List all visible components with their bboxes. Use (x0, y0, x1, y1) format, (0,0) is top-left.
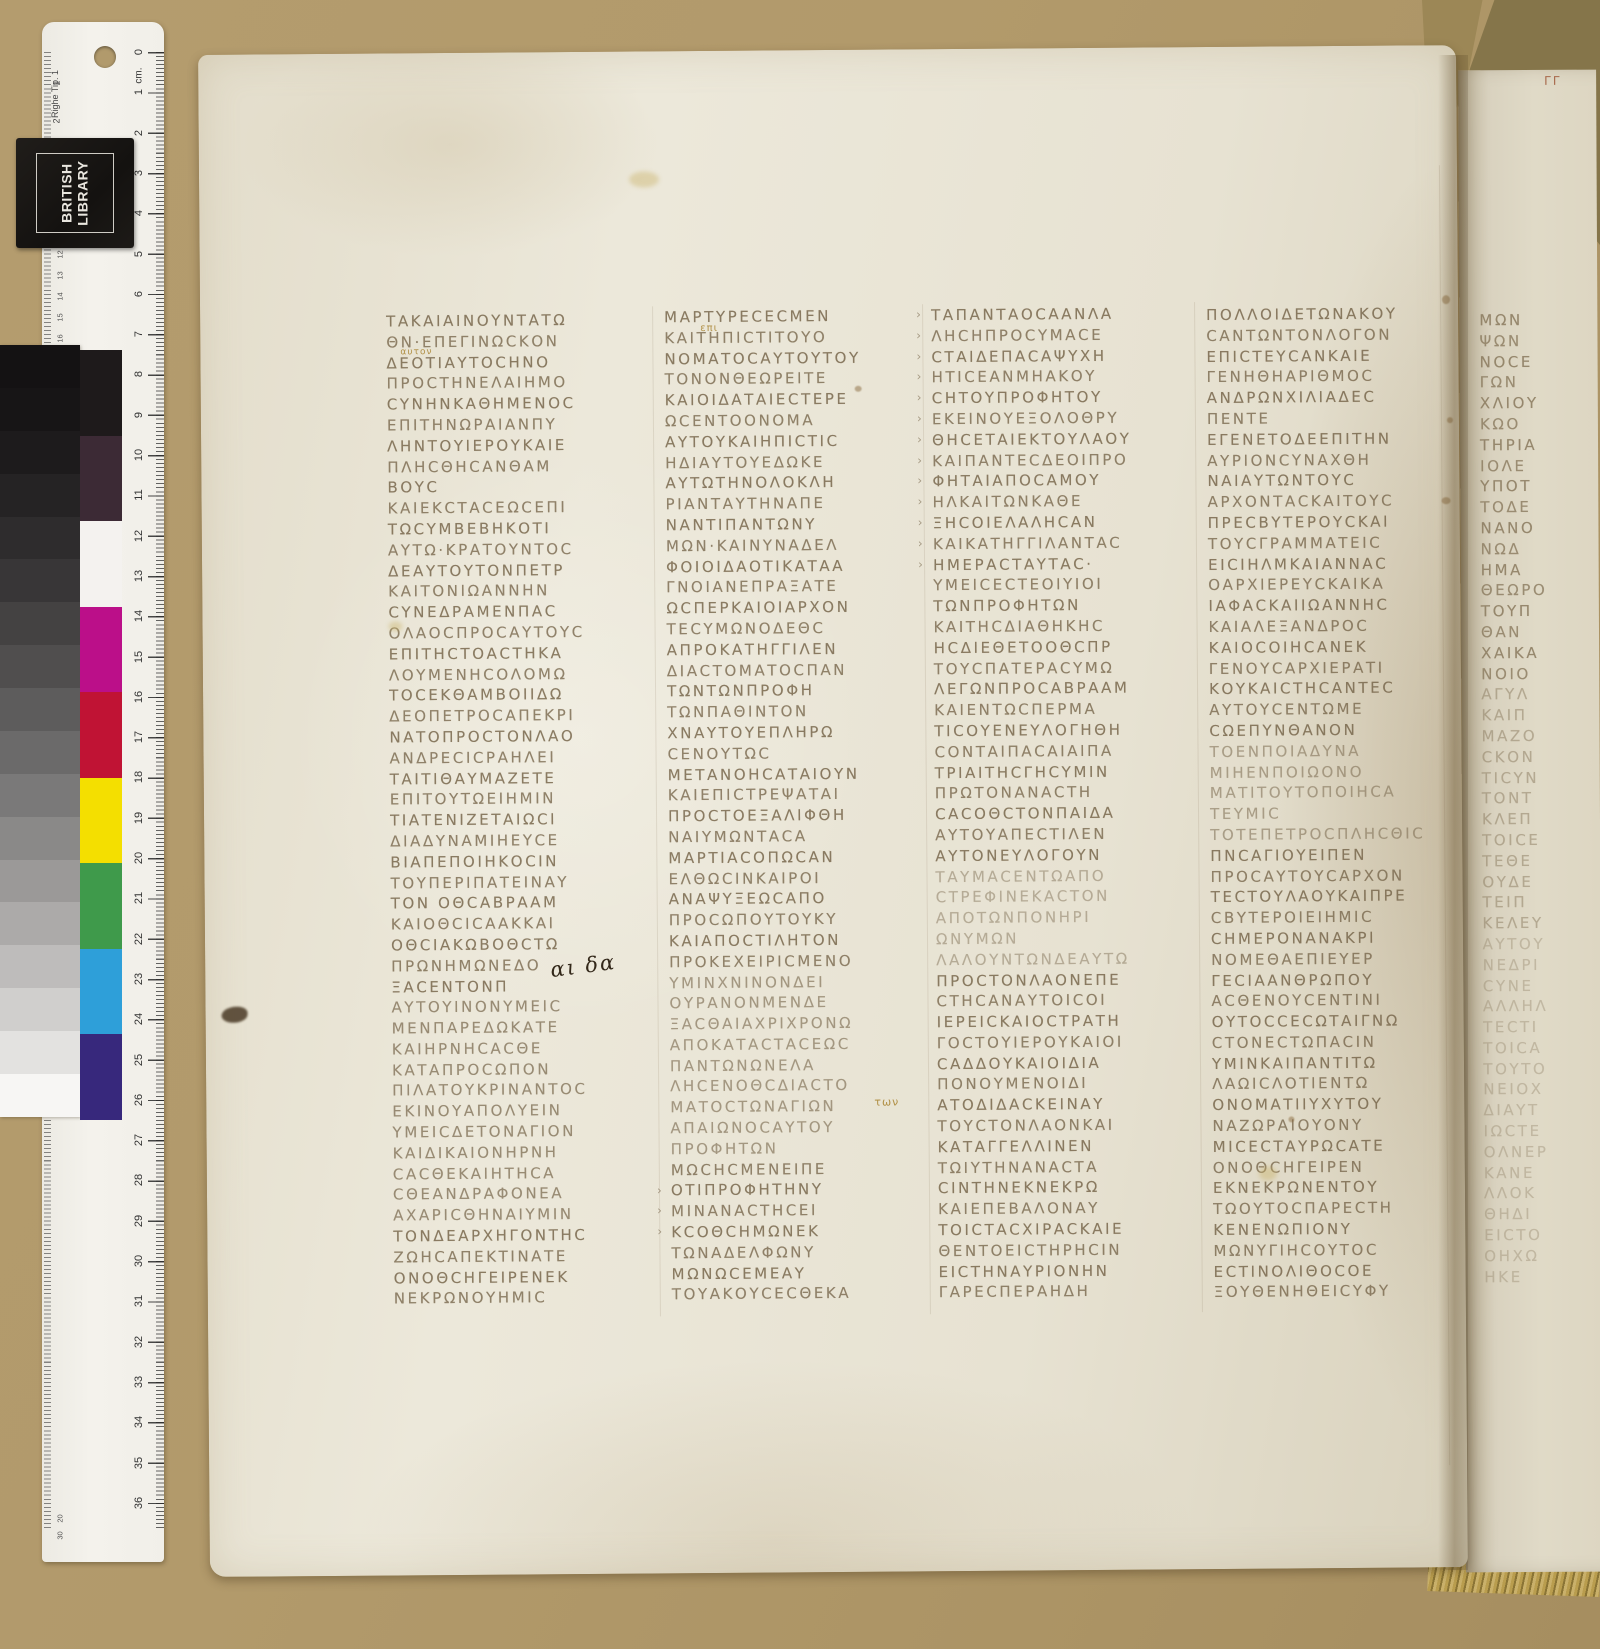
manuscript-text-line: ΗΜΕΡΑϹΤΑΥΤΑϹ· (933, 553, 1133, 575)
manuscript-text-line: ϹΘΕΑΝΔΡΑΦΟΝΕΑ (393, 1183, 589, 1205)
manuscript-text-line: ΠΡΟϹΤΗΝΕΛΑΙΗΜΟ (387, 372, 583, 394)
manuscript-text-line: ΤΑΠΑΝΤΑΟϹΑΑΝΛΑ (931, 304, 1131, 326)
manuscript-text-line: ΗΛΚΑΙΤΩΝΚΑΘΕ (933, 491, 1133, 513)
manuscript-text-line: ϹΤΑΙΔΕΠΑϹΑΨΥΧΗ (931, 345, 1131, 367)
manuscript-text-line: ΝΑΝΤΙΠΑΝΤΩΝΥ (666, 514, 863, 536)
color-calibration-patch (80, 949, 122, 1035)
manuscript-text-line: ΔΙΑΥΤ (1483, 1100, 1550, 1121)
manuscript-text-line: ΝΕΚΡΩΝΟΥΗΜΙϹ (394, 1287, 590, 1309)
grayscale-step (0, 1031, 80, 1074)
manuscript-text-line: ΗΚΕ (1484, 1267, 1551, 1288)
grayscale-step (0, 945, 80, 988)
manuscript-text-line: ΟΥΤΟϹϹΕϹΩΤΑΙΓΝΩ (1212, 1010, 1427, 1032)
manuscript-text-line: ΚϹΟΘϹΗΜΩΝΕΚ (671, 1221, 868, 1243)
manuscript-text-line: ΠΟΛΛΟΙΔΕΤΩΝΑΚΟΥ (1206, 303, 1421, 325)
manuscript-text-line: ϹΙΝΤΗΝΕΚΝΕΚΡΩ (938, 1177, 1138, 1199)
manuscript-text-line: ΑΠΟΤΩΝΠΟΝΗΡΙ (936, 907, 1136, 929)
manuscript-text-line: ϹΩΕΠΥΝΘΑΝΟΝ (1209, 719, 1424, 741)
manuscript-text-line: ΑΥΤΟΥΚΑΙΗΠΙϹΤΙϹ (665, 431, 862, 453)
ruler-side-number: 12 (56, 250, 65, 258)
manuscript-text-line: ΘΕΝΤΟΕΙϹΤΗΡΗϹΙΝ (938, 1239, 1138, 1261)
color-calibration-patch (80, 436, 122, 522)
diple-quotation-mark: › (916, 307, 921, 321)
manuscript-text-line: ΤΑΥΜΑϹΕΝΤΩΑΠΟ (935, 865, 1135, 887)
column-rule-line (1194, 302, 1203, 1312)
manuscript-text-line: ΝΕΙΟΧ (1483, 1079, 1550, 1100)
library-label-line2: LIBRARY (75, 160, 91, 225)
column-rule-line (652, 306, 661, 1316)
manuscript-text-line: ΛΗϹΗΠΡΟϹΥΜΑϹΕ (931, 324, 1131, 346)
grayscale-step (0, 731, 80, 774)
manuscript-text-line: ΓΑΡΕϹΠΕΡΑΗΔΗ (939, 1281, 1139, 1303)
ruler-cm-number: 13 (133, 565, 145, 587)
manuscript-text-line: ΓΝΟΙΑΝΕΠΡΑΞΑΤΕ (666, 576, 863, 598)
manuscript-text-line: ΜΕΝΠΑΡΕΔΩΚΑΤΕ (392, 1017, 588, 1039)
diple-quotation-mark: › (916, 328, 921, 342)
manuscript-text-line: ΦΗΤΑΙΑΠΟϹΑΜΟΥ (932, 470, 1132, 492)
manuscript-text-line: ΚΟΥΚΑΙϹΤΗϹΑΝΤΕϹ (1209, 678, 1424, 700)
manuscript-text-line: ΟΛΑΟϹΠΡΟϹΑΥΤΟΥϹ (389, 622, 585, 644)
manuscript-text-line: ΕΠΙΤΟΥΤΩΕΙΗΜΙΝ (390, 788, 586, 810)
manuscript-text-line: ΧΛΙΟΥ (1480, 393, 1547, 414)
manuscript-text-line: ΚΑΤΑΓΓΕΛΛΙΝΕΝ (938, 1135, 1138, 1157)
manuscript-text-line: ΜΩΝΥΓΙΗϹΟΥΤΟϹ (1213, 1239, 1428, 1261)
manuscript-text-line: ΛΗϹΕΝΟΘϹΔΙΑϹΤΟ (670, 1075, 867, 1097)
diple-quotation-mark: › (657, 1204, 662, 1218)
text-column-3: ΤΑΠΑΝΤΑΟϹΑΑΝΛΑΛΗϹΗΠΡΟϹΥΜΑϹΕϹΤΑΙΔΕΠΑϹΑΨΥΧ… (931, 304, 1138, 1304)
manuscript-text-line: ΑΥΤΟΝΕΥΛΟΓΟΥΝ (935, 844, 1135, 866)
manuscript-text-line: ΞΟΥΘΕΝΗΘΕΙϹΥΦΥ (1214, 1281, 1429, 1303)
manuscript-text-line: ΚΑΙΠ (1481, 705, 1548, 726)
manuscript-text-line: ΑΡΧΟΝΤΑϹΚΑΙΤΟΥϹ (1208, 491, 1423, 513)
manuscript-text-line: ΒΙΑΠΕΠΟΙΗΚΟϹΙΝ (390, 851, 586, 873)
text-column-4: ΠΟΛΛΟΙΔΕΤΩΝΑΚΟΥϹΑΝΤΩΝΤΟΝΛΟΓΟΝΕΠΙϹΤΕΥϹΑΝΚ… (1206, 303, 1429, 1303)
manuscript-text-line: ΜΩϹΗϹΜΕΝΕΙΠΕ (671, 1158, 868, 1180)
column-rule-line (922, 304, 931, 1314)
manuscript-text-line: ΤΩΙΥΤΗΝΑΝΑϹΤΑ (938, 1156, 1138, 1178)
manuscript-text-line: ΩϹΕΝΤΟΟΝΟΜΑ (665, 410, 862, 432)
manuscript-text-line: ΚΕΝΕΝΩΠΙΟΝΥ (1213, 1218, 1428, 1240)
manuscript-text-line: ΑΤΟΔΙΔΑϹΚΕΙΝΑΥ (937, 1094, 1137, 1116)
manuscript-text-line: ΥΜΕΙϹΔΕΤΟΝΑΓΙΟΝ (392, 1121, 588, 1143)
ruler-cm-number: 32 (133, 1331, 145, 1353)
manuscript-text-line: ΒΟΥϹ (387, 476, 583, 498)
ruler-hanging-hole (94, 46, 116, 68)
grayscale-step (0, 774, 80, 817)
manuscript-text-line: ΟΝΟΘϹΗΓΕΙΡΕΝΕΚ (394, 1267, 590, 1289)
manuscript-text-line: ΠΕΝΤΕ (1207, 407, 1422, 429)
manuscript-text-line: ΜΩΝ·ΚΑΙΝΥΝΑΔΕΛ (666, 535, 863, 557)
manuscript-text-line: ΑΥΤΟΥ (1483, 934, 1550, 955)
manuscript-text-line: ΘΗϹΕΤΑΙΕΚΤΟΥΛΑΟΥ (932, 428, 1132, 450)
color-calibration-patch (80, 350, 122, 436)
manuscript-text-line: ΓΩΝ (1480, 372, 1547, 393)
ruler-cm-number: 15 (133, 646, 145, 668)
manuscript-text-line: ΙΕΡΕΙϹΚΑΙΟϹΤΡΑΤΗ (937, 1011, 1137, 1033)
ruler-cm-number: 4 (133, 202, 145, 224)
manuscript-text-line: ϹΥΝΕ (1483, 975, 1550, 996)
manuscript-text-line: ΠΑΝΤΩΝΩΝΕΛΑ (670, 1054, 867, 1076)
manuscript-text-line: ΝΟΜΑΤΟϹΑΥΤΟΥΤΟΥ (664, 347, 861, 369)
british-library-label-frame: BRITISH LIBRARY (36, 153, 114, 233)
diple-quotation-mark: › (657, 1225, 662, 1239)
manuscript-text-line: ΟΘϹΙΑΚΩΒΟΘϹΤΩ (391, 934, 587, 956)
ruler-cm-number: 14 (133, 605, 145, 627)
manuscript-text-line: ΕΙϹΤΗΝΑΥΡΙΟΝΗΝ (939, 1260, 1139, 1282)
manuscript-text-line: ΝΩΔ (1481, 539, 1548, 560)
grayscale-step (0, 988, 80, 1031)
manuscript-text-line: ΚΑΙΕΠΙϹΤΡΕΨΑΤΑΙ (668, 784, 865, 806)
manuscript-text-line: ΤΟΕΝΠΟΙΑΔΥΝΑ (1209, 740, 1424, 762)
manuscript-text-line: ΝΟΜΕΘΑΕΠΙΕΥΕΡ (1211, 948, 1426, 970)
interlinear-correction: αυτον (400, 347, 432, 357)
manuscript-text-line: ΚΑΙΕΚϹΤΑϹΕΩϹΕΠΙ (388, 497, 584, 519)
manuscript-text-line: ΕΠΙΤΗΝΩΡΑΙΑΝΠΥ (387, 414, 583, 436)
manuscript-text-line: ΠΡΟϹΤΟΝΛΑΟΝΕΠΕ (936, 969, 1136, 991)
ruler-cm-number: 35 (133, 1452, 145, 1474)
manuscript-text-line: ΚΑΙΟϹΟΙΗϹΑΝΕΚ (1209, 636, 1424, 658)
manuscript-text-line: ΤΕϹΤΙ (1483, 1017, 1550, 1038)
manuscript-text-line: ΕΠΙΤΗϹΤΟΑϹΤΗΚΑ (389, 643, 585, 665)
manuscript-text-line: ΤΟΝΤ (1482, 788, 1549, 809)
grayscale-step (0, 645, 80, 688)
manuscript-text-line: ΜΑΤΟϹΤΩΝΑΓΙΩΝ (670, 1096, 867, 1118)
ruler-cm-number: 12 (133, 525, 145, 547)
manuscript-text-line: ΝΑΤΟΠΡΟϹΤΟΝΛΑΟ (389, 726, 585, 748)
manuscript-text-line: ΤΙϹΟΥΕΝΕΥΛΟΓΗΘΗ (934, 720, 1134, 742)
manuscript-text-line: ϹΑϹΟΘϹΤΟΝΠΑΙΔΑ (935, 803, 1135, 825)
manuscript-text-line: ϹΤΡΕΦΙΝΕΚΑϹΤΟΝ (936, 886, 1136, 908)
ruler-cm-number: 30 (133, 1250, 145, 1272)
grayscale-step (0, 345, 80, 388)
ruler-side-number: 30 (56, 1531, 65, 1539)
manuscript-text-line: ΜΕΤΑΝΟΗϹΑΤΑΙΟΥΝ (668, 763, 865, 785)
ruler-cm-number: 1 (133, 81, 145, 103)
manuscript-text-line: ΠΡΩΤΟΝΑΝΑϹΤΗ (935, 782, 1135, 804)
diple-quotation-mark: › (917, 432, 922, 446)
ruler-cm-number: 0 (133, 41, 145, 63)
color-calibration-patch (80, 778, 122, 864)
manuscript-text-line: ΤΩΝΠΑΘΙΝΤΟΝ (667, 701, 864, 723)
manuscript-text-line: ΛΑΛΟΥΝΤΩΝΔΕΑΥΤΩ (936, 948, 1136, 970)
manuscript-text-line: ΠΙΛΑΤΟΥΚΡΙΝΑΝΤΟϹ (392, 1079, 588, 1101)
manuscript-text-line: ΓΕϹΙΑΑΝΘΡΩΠΟΥ (1211, 969, 1426, 991)
manuscript-text-line: ΔΙΑϹΤΟΜΑΤΟϹΠΑΝ (667, 659, 864, 681)
manuscript-text-line: ΗΔΙΑΥΤΟΥΕΔΩΚΕ (665, 451, 862, 473)
color-calibration-patch (80, 607, 122, 693)
manuscript-text-line: ΩϹΠΕΡΚΑΙΟΙΑΡΧΟΝ (666, 597, 863, 619)
diple-quotation-mark: › (918, 557, 923, 571)
manuscript-text-line: ΕΚΝΕΚΡΩΝΕΝΤΟΥ (1213, 1177, 1428, 1199)
ruler-cm-number: 27 (133, 1129, 145, 1151)
manuscript-text-line: ΠΡΟϹΑΥΤΟΥϹΑΡΧΟΝ (1210, 865, 1425, 887)
grayscale-step (0, 817, 80, 860)
diple-quotation-mark: › (917, 474, 922, 488)
foxing-spot (1288, 1116, 1294, 1122)
manuscript-text-line: ΤΟΝΔΕΑΡΧΗΓΟΝΤΗϹ (393, 1225, 589, 1247)
ruler-side-number: 2 (52, 118, 62, 123)
manuscript-text-line: ΚΑΙΑΛΕΞΑΝΔΡΟϹ (1208, 615, 1423, 637)
quire-mark: ΓΓ (1544, 74, 1561, 88)
ruler-side-number: 20 (56, 1514, 65, 1522)
manuscript-text-line: ΧΝΑΥΤΟΥΕΠΛΗΡΩ (667, 722, 864, 744)
diple-quotation-mark: › (917, 390, 922, 404)
manuscript-text-line: ΗΜΑ (1481, 559, 1548, 580)
british-library-label-text: BRITISH LIBRARY (59, 160, 91, 225)
manuscript-text-line: ϹΚΟΝ (1482, 747, 1549, 768)
manuscript-text-line: ΕΙϹΙΗΛΜΚΑΙΑΝΝΑϹ (1208, 553, 1423, 575)
diple-quotation-mark: › (917, 370, 922, 384)
manuscript-text-line: ΙΩϹΤΕ (1484, 1121, 1551, 1142)
diple-quotation-mark: › (657, 1183, 662, 1197)
manuscript-text-line: ΚΑΙΟΘϹΙϹΑΑΚΚΑΙ (391, 913, 587, 935)
manuscript-text-line: ΠΡΟΦΗΤΩΝ (671, 1138, 868, 1160)
manuscript-text-line: ΛΑΩΙϹΛΟΤΙΕΝΤΩ (1212, 1073, 1427, 1095)
stain (1259, 1167, 1277, 1181)
grayscale-step (0, 474, 80, 517)
manuscript-text-line: ΟΝΟΜΑΤΙΙΥΧΥΤΟΥ (1212, 1094, 1427, 1116)
manuscript-text-line: ΑΥΤΟΥϹΕΝΤΩΜΕ (1209, 698, 1424, 720)
facing-page-text-column: ΜΩΝΨΩΝΝΟϹΕΓΩΝΧΛΙΟΥΚΩΟΤΗΡΙΑΙΟΛΕΥΠΟΤΤΟΔΕΝΑ… (1479, 310, 1551, 1288)
grayscale-calibration-strip (0, 345, 80, 1117)
manuscript-text-line: ΓΕΝΗΘΗΑΡΙΘΜΟϹ (1207, 366, 1422, 388)
manuscript-text-line: ΞΑϹΘΑΙΑΧΡΙΧΡΟΝΩ (670, 1013, 867, 1035)
manuscript-text-line: ϹΑϹΘΕΚΑΙΗΤΗϹΑ (393, 1163, 589, 1185)
manuscript-text-line: ΑΥΤΟΥΑΠΕϹΤΙΛΕΝ (935, 824, 1135, 846)
ruler-cm-number: 6 (133, 283, 145, 305)
text-column-2: ΜΑΡΤΥΡΕϹΕϹΜΕΝΚΑΙΤΗΠΙϹΤΙΤΟΥΟΝΟΜΑΤΟϹΑΥΤΟΥΤ… (664, 306, 868, 1306)
manuscript-text-line: ΤΟϹΕΚΘΑΜΒΟΙΙΔΩ (389, 684, 585, 706)
ruler-cm-number: 36 (133, 1492, 145, 1514)
manuscript-text-line: ΝΟϹΕ (1480, 352, 1547, 373)
color-calibration-patch (80, 863, 122, 949)
grayscale-step (0, 860, 80, 903)
manuscript-text-line: ΕΙϹΤΟ (1484, 1225, 1551, 1246)
manuscript-text-line: ΕΛΘΩϹΙΝΚΑΙΡΟΙ (668, 867, 865, 889)
manuscript-text-line: ΜΑΤΙΤΟΥΤΟΠΟΙΗϹΑ (1210, 782, 1425, 804)
manuscript-text-line: ΗΤΙϹΕΑΝΜΗΑΚΟΥ (932, 366, 1132, 388)
grayscale-step (0, 688, 80, 731)
facing-manuscript-page: ΓΓ ΜΩΝΨΩΝΝΟϹΕΓΩΝΧΛΙΟΥΚΩΟΤΗΡΙΑΙΟΛΕΥΠΟΤΤΟΔ… (1458, 70, 1600, 1573)
manuscript-text-line: ΗϹΔΙΕΘΕΤΟΟΘϹΠΡ (934, 636, 1134, 658)
manuscript-text-line: ΥΜΙΝΚΑΙΠΑΝΤΙΤΩ (1212, 1052, 1427, 1074)
manuscript-text-line: ΕΓΕΝΕΤΟΔΕΕΠΙΤΗΝ (1207, 428, 1422, 450)
manuscript-text-line: ΚΑΙΟΙΔΑΤΑΙΕϹΤΕΡΕ (665, 389, 862, 411)
manuscript-text-line: ΤΩϹΥΜΒΕΒΗΚΟΤΙ (388, 518, 584, 540)
manuscript-text-line: ΠΡΟΚΕΧΕΙΡΙϹΜΕΝΟ (669, 950, 866, 972)
color-calibration-patch (80, 692, 122, 778)
manuscript-text-line: ΘΗΔΙ (1484, 1204, 1551, 1225)
manuscript-text-line: ΑΠΑΙΩΝΟϹΑΥΤΟΥ (670, 1117, 867, 1139)
manuscript-text-line: ΟΥΡΑΝΟΝΜΕΝΔΕ (669, 992, 866, 1014)
manuscript-text-line: ΤΕΥΜΙϹ (1210, 802, 1425, 824)
manuscript-text-line: ΚΩΟ (1480, 414, 1547, 435)
manuscript-text-line: ΤΩΝΠΡΟΦΗΤΩΝ (933, 595, 1133, 617)
manuscript-text-line: ΤΡΙΑΙΤΗϹΓΗϹΥΜΙΝ (935, 761, 1135, 783)
ruler-cm-number: 23 (133, 968, 145, 990)
manuscript-text-line: ΑΠΡΟΚΑΤΗΓΓΙΛΕΝ (667, 639, 864, 661)
manuscript-text-line: ΔΙΑΔΥΝΑΜΙΗΕΥϹΕ (390, 830, 586, 852)
manuscript-text-line: ΤΗΡΙΑ (1480, 435, 1547, 456)
manuscript-text-line: ΛΛΟΚ (1484, 1183, 1551, 1204)
manuscript-text-line: ΚΑΙΤΟΝΙΩΑΝΝΗΝ (388, 580, 584, 602)
ruler-cm-number: 29 (133, 1210, 145, 1232)
manuscript-text-line: ΤΟΥϹΠΑΤΕΡΑϹΥΜΩ (934, 657, 1134, 679)
manuscript-text-line: ΜΑΡΤΥΡΕϹΕϹΜΕΝ (664, 306, 861, 328)
ruler-side-number: 15 (56, 313, 65, 321)
library-label-line1: BRITISH (59, 160, 75, 225)
manuscript-text-line: ΟΗΧΩ (1484, 1246, 1551, 1267)
manuscript-text-line: ΤΑΚΑΙΑΙΝΟΥΝΤΑΤΩ (386, 310, 582, 332)
ruler-cm-number: 10 (133, 444, 145, 466)
ruler-cm-number: 19 (133, 807, 145, 829)
manuscript-text-line: ΤΟΥΑΚΟΥϹΕϹΘΕΚΑ (672, 1283, 869, 1305)
manuscript-text-line: ϹΥΝΗΝΚΑΘΗΜΕΝΟϹ (387, 393, 583, 415)
ruler-cm-number: 20 (133, 847, 145, 869)
manuscript-text-line: ΝΟΙΟ (1481, 663, 1548, 684)
manuscript-text-line: ϹΤΗϹΑΝΑΥΤΟΙϹΟΙ (936, 990, 1136, 1012)
manuscript-text-line: ΤΕΘΕ (1482, 851, 1549, 872)
manuscript-text-line: ϹΒΥΤΕΡΟΙΕΙΗΜΙϹ (1211, 906, 1426, 928)
manuscript-text-line: ΤΟΙϹΕ (1482, 830, 1549, 851)
manuscript-text-line: ΚΑΙΚΑΤΗΓΓΙΛΑΝΤΑϹ (933, 532, 1133, 554)
ruler-side-number: 16 (56, 334, 65, 342)
manuscript-text-line: ΑΠΟΚΑΤΑϹΤΑϹΕΩϹ (670, 1034, 867, 1056)
manuscript-text-line: ϹΕΝΟΥΤΩϹ (667, 742, 864, 764)
manuscript-text-line: ΧΑΙΚΑ (1481, 643, 1548, 664)
diple-quotation-mark: › (918, 494, 923, 508)
manuscript-text-line: ΚΕΛΕΥ (1482, 913, 1549, 934)
manuscript-text-line: ΑΥΤΩ·ΚΡΑΤΟΥΝΤΟϹ (388, 539, 584, 561)
manuscript-text-line: ΕϹΤΙΝΟΛΙΘΟϹΟΕ (1214, 1260, 1429, 1282)
ruler-cm-number: 31 (133, 1290, 145, 1312)
ruler-cm-number: 8 (133, 363, 145, 385)
manuscript-text-line: ΥΠΟΤ (1480, 476, 1547, 497)
manuscript-text-line: ΥΜΙΝΧΝΙΝΟΝΔΕΙ (669, 971, 866, 993)
manuscript-text-line: ΚΑΙΕΠΕΒΑΛΟΝΑΥ (938, 1198, 1138, 1220)
manuscript-text-line: ΤΙΑΤΕΝΙΖΕΤΑΙΩϹΙ (390, 809, 586, 831)
manuscript-text-line: ΚΑΙΤΗΠΙϹΤΙΤΟΥΟ (664, 327, 861, 349)
ruler-side-number: 1 (52, 80, 62, 85)
manuscript-text-line: ΤΕϹΥΜΩΝΟΔΕΘϹ (666, 618, 863, 640)
ruler-cm-number: 3 (133, 162, 145, 184)
ruler-cm-number: 5 (133, 243, 145, 265)
ruler-side-number: 13 (56, 271, 65, 279)
manuscript-text-line: ΤΩΟΥΤΟϹΠΑΡΕϹΤΗ (1213, 1198, 1428, 1220)
manuscript-text-line: ΤΟΝΟΝΘΕΩΡΕΙΤΕ (665, 368, 862, 390)
manuscript-text-line: ΖΩΗϹΑΠΕΚΤΙΝΑΤΕ (393, 1246, 589, 1268)
manuscript-text-line: ΠΡΟϹΤΟΕΞΑΛΙΦΘΗ (668, 805, 865, 827)
manuscript-text-line: ΩΝΥΜΩΝ (936, 928, 1136, 950)
manuscript-text-line: ΤΩΝΤΩΝΠΡΟΦΗ (667, 680, 864, 702)
manuscript-text-line: ΘΕΩΡΟ (1481, 580, 1548, 601)
manuscript-text-line: ΑΧΑΡΙϹΘΗΝΑΙΥΜΙΝ (393, 1204, 589, 1226)
manuscript-text-line: ΜΙΝΑΝΑϹΤΗϹΕΙ (671, 1200, 868, 1222)
manuscript-text-line: ΜΙϹΕϹΤΑΥΡΩϹΑΤΕ (1213, 1135, 1428, 1157)
manuscript-text-line: ΟΥΔΕ (1482, 871, 1549, 892)
manuscript-text-line: ΞΗϹΟΙΕΛΑΛΗϹΑΝ (933, 512, 1133, 534)
grayscale-step (0, 602, 80, 645)
ruler-cm-number: 16 (133, 686, 145, 708)
foxing-spot (855, 386, 862, 392)
manuscript-text-line: ΑΝΔΡΕϹΙϹΡΑΗΛΕΙ (389, 747, 585, 769)
ruler-cm-number: 2 (133, 122, 145, 144)
ruler-side-number: 14 (56, 292, 65, 300)
manuscript-text-line: ΙΟΛΕ (1480, 455, 1547, 476)
manuscript-text-line: ΟΛΝΕΡ (1484, 1142, 1551, 1163)
grayscale-step (0, 388, 80, 431)
ruler-cm-number: 24 (133, 1008, 145, 1030)
manuscript-text-line: ΤΙϹΥΝ (1482, 767, 1549, 788)
manuscript-text-line: ΚΑΙΤΗϹΔΙΑΘΗΚΗϹ (933, 616, 1133, 638)
ruler-side-label: Righe Tip. 1 (50, 70, 60, 118)
manuscript-text-line: ΝΑΖΩΡΑΙΟΥΟΝΥ (1212, 1114, 1427, 1136)
manuscript-text-line: ΤΟΥϹΤΟΝΛΑΟΝΚΑΙ (937, 1115, 1137, 1137)
manuscript-text-line: ΠΛΗϹΘΗϹΑΝΘΑΜ (387, 456, 583, 478)
manuscript-text-line: ΜΙΗΕΝΠΟΙΩΟΝΟ (1210, 761, 1425, 783)
manuscript-text-line: ΘΑΝ (1481, 622, 1548, 643)
marginal-correction: των (874, 1095, 899, 1108)
manuscript-text-line: ΤΟΥϹΓΡΑΜΜΑΤΕΙϹ (1208, 532, 1423, 554)
manuscript-text-line: ΙΑΦΑϹΚΑΙΙΩΑΝΝΗϹ (1208, 595, 1423, 617)
manuscript-text-line: ΓΟϹΤΟΥΙΕΡΟΥΚΑΙΟΙ (937, 1032, 1137, 1054)
interlinear-correction: επι (700, 323, 718, 334)
book-gutter-shadow (1438, 55, 1468, 1570)
manuscript-text-line: ΚΛΕΠ (1482, 809, 1549, 830)
manuscript-text-line: ΕΚΙΝΟΥΑΠΟΛΥΕΙΝ (392, 1100, 588, 1122)
manuscript-text-line: ΤΟΔΕ (1480, 497, 1547, 518)
manuscript-text-line: ΚΑΙΔΙΚΑΙΟΝΗΡΝΗ (393, 1142, 589, 1164)
manuscript-text-line: ΛΟΥΜΕΝΗϹΟΛΟΜΩ (389, 663, 585, 685)
manuscript-text-line: ΠΟΝΟΥΜΕΝΟΙΔΙ (937, 1073, 1137, 1095)
manuscript-text-line: ϹΑΝΤΩΝΤΟΝΛΟΓΟΝ (1206, 324, 1421, 346)
manuscript-text-line: ΜΩΝ (1479, 310, 1546, 331)
diple-quotation-mark: › (917, 411, 922, 425)
manuscript-text-line: ΔΕΑΥΤΟΥΤΟΝΠΕΤΡ (388, 560, 584, 582)
manuscript-text-line: ΑΝΔΡΩΝΧΙΛΙΑΔΕϹ (1207, 387, 1422, 409)
manuscript-text-line: ΠΡΟϹΩΠΟΥΤΟΥΚΥ (669, 909, 866, 931)
manuscript-text-line: ΤΕϹΤΟΥΛΑΟΥΚΑΙΠΡΕ (1211, 886, 1426, 908)
manuscript-text-line: ϹΤΟΝΕϹΤΩΠΑϹΙΝ (1212, 1031, 1427, 1053)
grayscale-step (0, 1074, 80, 1117)
color-calibration-patch (80, 521, 122, 607)
manuscript-text-line: ΜΑΡΤΙΑϹΟΠΩϹΑΝ (668, 846, 865, 868)
british-library-label: BRITISH LIBRARY (16, 138, 134, 248)
manuscript-text-line: ΜΩΝΩϹΕΜΕΑΥ (672, 1262, 869, 1284)
manuscript-text-line: ΝΑΙΑΥΤΩΝΤΟΥϹ (1207, 470, 1422, 492)
manuscript-text-line: ΤΟΥΤΟ (1483, 1059, 1550, 1080)
manuscript-text-line: ΤΩΝΑΔΕΛΦΩΝΥ (671, 1242, 868, 1264)
ruler-cm-number: 18 (133, 766, 145, 788)
manuscript-text-line: ΟΤΙΠΡΟΦΗΤΗΝΥ (671, 1179, 868, 1201)
manuscript-text-line: ΚΑΙΑΠΟϹΤΙΛΗΤΟΝ (669, 930, 866, 952)
manuscript-text-line: ΦΟΙΟΙΔΑΟΤΙΚΑΤΑΑ (666, 555, 863, 577)
manuscript-text-line: ΕΠΙϹΤΕΥϹΑΝΚΑΙΕ (1206, 345, 1421, 367)
manuscript-text-line: ΤΑΙΤΙΘΑΥΜΑΖΕΤΕ (390, 767, 586, 789)
manuscript-text-line: ΑϹΘΕΝΟΥϹΕΝΤΙΝΙ (1211, 990, 1426, 1012)
manuscript-text-line: ΓΕΝΟΥϹΑΡΧΙΕΡΑΤΙ (1209, 657, 1424, 679)
manuscript-text-line: ΑΓΥΛ (1481, 684, 1548, 705)
manuscript-text-line: ΑΥΡΙΟΝϹΥΝΑΧΘΗ (1207, 449, 1422, 471)
manuscript-text-line: ΟΑΡΧΙΕΡΕΥϹΚΑΙΚΑ (1208, 574, 1423, 596)
manuscript-text-line: ΝΑΝΟ (1480, 518, 1547, 539)
manuscript-text-line: ΤΟΙϹΑ (1483, 1038, 1550, 1059)
text-column-1: ΤΑΚΑΙΑΙΝΟΥΝΤΑΤΩΘΝ·ΕΠΕΓΙΝΩϹΚΟΝΔΕΟΤΙΑΥΤΟϹΗ… (386, 310, 590, 1310)
ink-blot (222, 1007, 248, 1023)
manuscript-text-line: ΤΟΥΠΕΡΙΠΑΤΕΙΝΑΥ (390, 871, 586, 893)
ruler-cm-number: 28 (133, 1169, 145, 1191)
manuscript-text-line: ϹΥΝΕΔΡΑΜΕΝΠΑϹ (388, 601, 584, 623)
